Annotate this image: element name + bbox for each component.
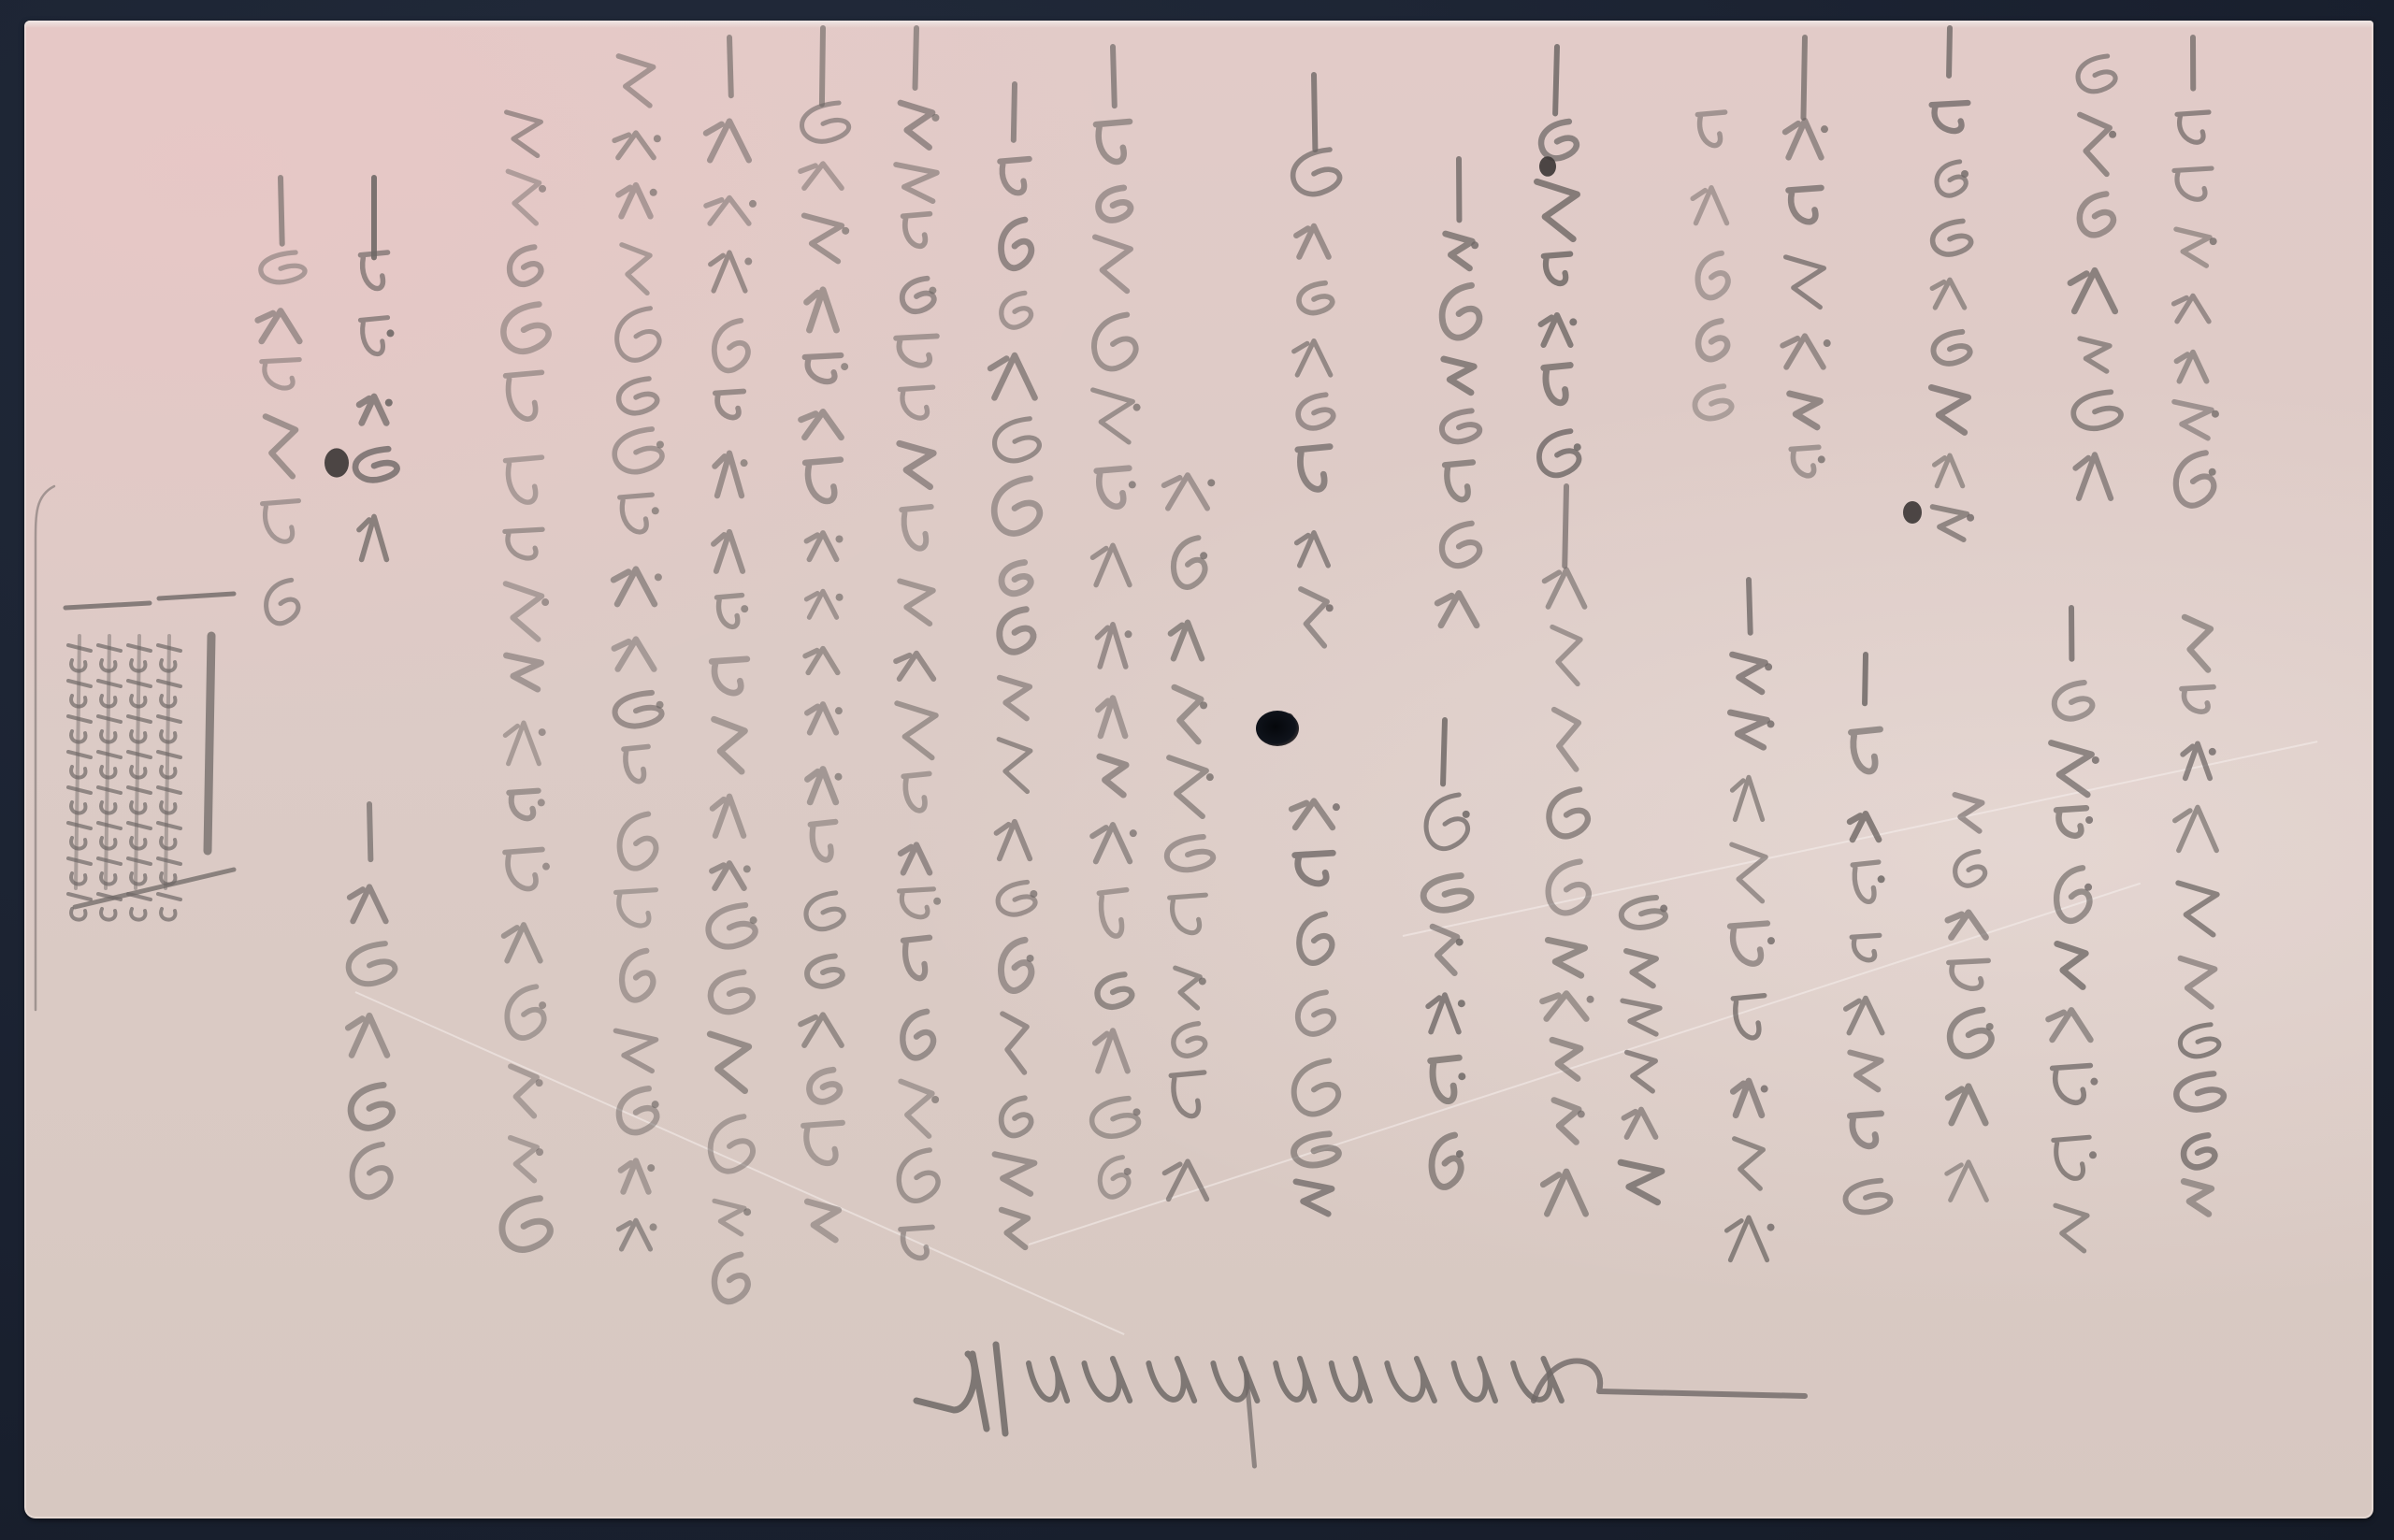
handwritten-glyph xyxy=(1695,386,1731,418)
handwritten-glyph xyxy=(1171,1072,1204,1116)
ink-dot xyxy=(656,440,664,448)
handwritten-glyph xyxy=(1852,935,1880,959)
ink-dot xyxy=(2089,1151,2097,1159)
ink-dot xyxy=(1761,1086,1768,1093)
ink-dot xyxy=(841,363,848,370)
handwritten-glyph xyxy=(1002,1014,1027,1072)
handwritten-glyph xyxy=(807,290,837,330)
ink-dot xyxy=(1587,996,1594,1003)
handwritten-glyph xyxy=(618,1220,650,1249)
dash-stroke xyxy=(1803,37,1805,118)
handwritten-glyph xyxy=(618,185,650,216)
handwritten-glyph xyxy=(355,449,397,480)
handwritten-glyph xyxy=(2177,112,2209,142)
box-top-bar xyxy=(65,594,234,608)
ink-dot xyxy=(538,799,545,806)
handwritten-glyph xyxy=(995,419,1040,461)
dash-stroke xyxy=(1314,75,1315,150)
ink-dot xyxy=(1129,481,1136,488)
handwritten-glyph xyxy=(901,507,930,549)
handwritten-glyph xyxy=(807,533,837,559)
handwritten-glyph xyxy=(1002,563,1031,594)
handwritten-glyph xyxy=(998,882,1035,914)
ink-dot xyxy=(541,598,549,606)
handwritten-glyph xyxy=(1175,687,1201,741)
handwritten-glyph xyxy=(715,391,743,417)
handwritten-glyph xyxy=(1097,468,1130,507)
handwritten-glyph xyxy=(1735,1139,1764,1188)
handwritten-glyph xyxy=(1174,538,1205,587)
handwritten-glyph xyxy=(506,457,542,502)
handwritten-glyph xyxy=(896,654,933,679)
handwritten-glyph xyxy=(901,1081,932,1136)
handwritten-glyph xyxy=(2080,338,2110,371)
handwritten-glyph xyxy=(622,951,653,1000)
handwritten-glyph xyxy=(899,1150,938,1201)
signature-glyph xyxy=(1387,1359,1435,1401)
handwritten-glyph xyxy=(1552,627,1580,684)
dash-stroke xyxy=(1565,486,1566,566)
signature-glyph xyxy=(1332,1359,1370,1401)
ink-dot xyxy=(652,1101,659,1108)
ink-dot xyxy=(1458,1000,1465,1007)
handwritten-glyph xyxy=(353,1144,391,1197)
handwritten-glyph xyxy=(360,318,387,354)
handwritten-glyph xyxy=(1950,1010,1991,1056)
handwritten-glyph xyxy=(349,943,396,984)
handwritten-glyph xyxy=(1693,188,1726,223)
handwritten-glyph xyxy=(1732,655,1765,692)
handwritten-glyph xyxy=(502,1199,550,1250)
handwritten-glyph xyxy=(622,245,650,294)
ink-dot xyxy=(741,459,748,467)
handwritten-glyph xyxy=(2073,392,2121,428)
handwritten-glyph xyxy=(617,309,659,361)
ink-dot xyxy=(834,773,842,781)
handwritten-glyph xyxy=(713,797,743,836)
handwritten-glyph xyxy=(506,583,542,639)
handwritten-glyph xyxy=(506,372,542,419)
handwritten-glyph xyxy=(714,1255,748,1302)
handwritten-glyph xyxy=(2056,808,2086,835)
handwritten-glyph xyxy=(1949,960,1988,988)
handwritten-glyph xyxy=(1730,923,1767,963)
signature-glyph xyxy=(1084,1359,1130,1401)
handwritten-glyph xyxy=(505,529,542,558)
handwritten-glyph xyxy=(509,791,538,819)
handwritten-glyph xyxy=(1730,712,1767,747)
handwritten-glyph xyxy=(620,814,656,869)
ink-dot xyxy=(1463,811,1470,818)
punched-hole xyxy=(1256,711,1299,746)
ink-dot xyxy=(655,573,662,581)
ink-dot xyxy=(836,594,844,601)
ink-dot xyxy=(835,536,843,543)
handwritten-glyph xyxy=(706,122,749,161)
handwritten-glyph xyxy=(1097,625,1125,667)
handwritten-glyph xyxy=(900,443,933,486)
handwritten-glyph xyxy=(1171,623,1202,659)
handwritten-glyph xyxy=(267,580,298,623)
ink-dot xyxy=(1124,1168,1132,1175)
handwritten-glyph xyxy=(900,889,934,917)
handwritten-glyph xyxy=(1933,507,1968,540)
dash-stroke xyxy=(369,804,370,859)
handwritten-glyph xyxy=(1549,862,1589,914)
box-text-glyph xyxy=(68,858,91,885)
handwritten-glyph xyxy=(1002,1098,1031,1135)
ink-dot xyxy=(650,1223,657,1231)
handwritten-glyph xyxy=(614,429,662,472)
handwritten-glyph xyxy=(1790,394,1821,427)
dash-stroke xyxy=(1865,655,1866,703)
handwritten-glyph xyxy=(1428,995,1459,1031)
handwritten-glyph xyxy=(620,495,653,532)
ink-dot xyxy=(1458,1072,1465,1080)
handwritten-glyph xyxy=(712,863,743,888)
handwritten-glyph xyxy=(716,596,742,627)
ink-dot xyxy=(1967,514,1974,522)
handwritten-glyph xyxy=(1298,395,1334,428)
handwritten-glyph xyxy=(800,164,842,188)
handwritten-glyph xyxy=(1545,569,1585,607)
handwritten-glyph xyxy=(1548,940,1584,975)
handwritten-glyph xyxy=(714,719,745,771)
handwritten-glyph xyxy=(1442,524,1479,566)
handwritten-glyph xyxy=(808,770,836,802)
handwritten-glyph xyxy=(712,659,747,693)
box-text-glyph xyxy=(128,752,151,778)
handwritten-glyph xyxy=(2184,1135,2214,1167)
handwritten-glyph xyxy=(1933,221,1971,254)
handwritten-glyph xyxy=(807,704,836,732)
handwritten-glyph xyxy=(807,957,843,986)
handwritten-glyph xyxy=(1431,1058,1460,1101)
handwritten-glyph xyxy=(2182,687,2214,712)
ink-dot xyxy=(929,287,936,295)
handwritten-glyph xyxy=(1948,913,1986,937)
handwritten-glyph xyxy=(1552,1040,1580,1078)
handwritten-glyph xyxy=(1000,610,1033,652)
handwritten-glyph xyxy=(1554,1101,1579,1143)
handwritten-glyph xyxy=(807,1202,838,1240)
ink-dot xyxy=(1818,455,1825,463)
handwritten-glyph xyxy=(1294,341,1331,375)
handwritten-glyph xyxy=(2176,453,2214,505)
handwritten-glyph xyxy=(902,1012,933,1058)
handwritten-glyph xyxy=(2078,56,2115,92)
ink-dot xyxy=(1456,939,1464,946)
handwritten-glyph xyxy=(1789,188,1822,222)
handwritten-glyph xyxy=(2055,683,2093,719)
ink-dot xyxy=(1027,955,1034,962)
handwritten-glyph xyxy=(1167,837,1213,870)
box-text-glyph xyxy=(128,787,151,813)
ink-dot xyxy=(1133,404,1141,411)
handwritten-glyph xyxy=(1786,257,1824,308)
handwritten-glyph xyxy=(507,112,541,155)
box-right-bar xyxy=(208,636,211,851)
handwritten-glyph xyxy=(997,822,1031,859)
handwritten-glyph xyxy=(2176,1073,2224,1109)
ink-dot xyxy=(2092,756,2099,764)
handwritten-glyph xyxy=(1294,1060,1338,1114)
handwritten-glyph xyxy=(1299,914,1332,963)
handwritten-glyph xyxy=(1932,280,1964,308)
handwritten-glyph xyxy=(1785,121,1821,157)
handwritten-glyph xyxy=(903,773,930,810)
box-text-glyph xyxy=(98,787,121,813)
ink-dot xyxy=(1200,552,1207,559)
ink-dot xyxy=(1878,875,1885,883)
ink-dot xyxy=(1660,905,1667,913)
handwritten-glyph xyxy=(1098,698,1125,737)
handwritten-glyph xyxy=(709,905,756,946)
handwritten-glyph xyxy=(511,1066,537,1115)
handwritten-glyph xyxy=(900,387,932,418)
ink-dot xyxy=(539,728,546,736)
handwritten-glyph xyxy=(615,890,656,926)
handwritten-glyph xyxy=(2184,1182,2211,1215)
handwritten-glyph xyxy=(994,479,1040,534)
ink-blot xyxy=(1903,501,1922,524)
ink-dot xyxy=(743,1208,751,1216)
handwritten-glyph xyxy=(263,501,299,542)
handwritten-glyph xyxy=(710,1034,748,1091)
handwritten-glyph xyxy=(1299,283,1333,313)
ink-dot xyxy=(1207,479,1215,486)
dash-stroke xyxy=(729,37,731,95)
ink-dot xyxy=(539,185,546,193)
handwritten-glyph xyxy=(359,516,386,559)
handwritten-glyph xyxy=(1627,1052,1655,1090)
box-text-glyph xyxy=(158,787,180,813)
dash-stroke xyxy=(1014,84,1015,140)
handwritten-glyph xyxy=(2056,868,2089,921)
handwritten-glyph xyxy=(900,581,933,624)
handwritten-glyph xyxy=(1621,1162,1662,1202)
ink-dot xyxy=(654,135,661,142)
handwritten-glyph xyxy=(1099,188,1131,221)
handwritten-glyph xyxy=(1093,390,1133,442)
handwritten-glyph xyxy=(1296,1182,1332,1214)
handwritten-glyph xyxy=(999,740,1031,792)
handwritten-glyph xyxy=(261,252,305,282)
handwritten-glyph xyxy=(902,279,934,311)
handwritten-glyph xyxy=(258,311,299,341)
handwritten-glyph xyxy=(1437,594,1477,626)
handwritten-glyph xyxy=(1954,795,1982,831)
handwritten-glyph xyxy=(1845,1181,1890,1213)
handwritten-glyph xyxy=(1297,533,1329,566)
handwritten-glyph xyxy=(1099,890,1126,937)
handwriting-layer xyxy=(24,21,2373,1518)
ink-dot xyxy=(536,1079,543,1087)
handwritten-glyph xyxy=(1542,994,1586,1019)
handwritten-glyph xyxy=(2080,194,2113,235)
handwritten-glyph xyxy=(505,723,539,764)
box-text-glyph xyxy=(158,894,180,920)
handwritten-glyph xyxy=(1697,253,1727,298)
ink-dot xyxy=(1767,720,1775,727)
handwritten-glyph xyxy=(511,1138,537,1181)
ink-dot xyxy=(2085,816,2093,824)
ink-dot xyxy=(386,329,394,337)
handwritten-glyph xyxy=(1698,321,1727,359)
ink-dot xyxy=(933,898,941,905)
handwritten-glyph xyxy=(1850,813,1879,840)
handwritten-glyph xyxy=(1095,237,1131,292)
handwritten-glyph xyxy=(1955,852,1985,885)
handwritten-glyph xyxy=(1100,756,1126,795)
handwritten-glyph xyxy=(348,1015,387,1055)
handwritten-glyph xyxy=(1543,1172,1585,1214)
handwritten-glyph xyxy=(1002,1210,1028,1247)
ink-dot xyxy=(2109,131,2116,138)
ink-dot xyxy=(1456,1150,1464,1158)
box-text-glyph xyxy=(158,752,180,778)
ink-dot xyxy=(647,1164,655,1172)
handwritten-glyph xyxy=(1626,951,1656,986)
ink-dot xyxy=(536,1148,543,1156)
ink-dot xyxy=(1986,1023,1994,1030)
box-text-glyph xyxy=(68,787,91,813)
dash-stroke xyxy=(1113,47,1115,106)
handwritten-glyph xyxy=(1622,898,1666,928)
handwritten-glyph xyxy=(714,532,743,571)
handwritten-glyph xyxy=(1622,1000,1660,1034)
ink-dot xyxy=(652,507,659,514)
handwritten-glyph xyxy=(1100,1158,1129,1197)
ink-dot xyxy=(2090,1078,2098,1086)
handwritten-glyph xyxy=(359,396,386,423)
handwritten-glyph xyxy=(901,103,932,148)
handwritten-glyph xyxy=(2051,743,2091,795)
ink-dot xyxy=(743,865,751,872)
handwritten-glyph xyxy=(619,379,657,413)
signature-flourish xyxy=(1534,1361,1805,1402)
handwritten-glyph xyxy=(1097,974,1132,1007)
ink-dot xyxy=(750,916,757,924)
ink-dot xyxy=(1326,604,1334,612)
handwritten-glyph xyxy=(508,171,539,223)
dash-stroke xyxy=(1949,28,1950,76)
handwritten-glyph xyxy=(714,1201,744,1234)
box-text-glyph xyxy=(158,858,180,885)
handwritten-glyph xyxy=(1092,825,1130,861)
signature-glyph xyxy=(1148,1359,1194,1401)
ink-dot xyxy=(1030,890,1037,898)
handwritten-glyph xyxy=(901,1227,932,1258)
signature-glyph xyxy=(1454,1359,1495,1401)
handwritten-glyph xyxy=(1301,589,1327,646)
handwritten-glyph xyxy=(1697,112,1724,146)
handwritten-glyph xyxy=(615,1030,656,1071)
handwritten-glyph xyxy=(1170,895,1206,932)
ink-dot xyxy=(385,399,393,407)
ink-dot xyxy=(1767,1224,1775,1231)
handwritten-glyph xyxy=(618,56,653,106)
handwritten-glyph xyxy=(2070,270,2115,311)
signature-glyph xyxy=(1029,1359,1067,1401)
handwritten-glyph xyxy=(1541,315,1571,345)
handwritten-glyph xyxy=(2174,402,2212,439)
ink-dot xyxy=(1200,701,1207,709)
handwritten-glyph xyxy=(1947,1162,1987,1201)
handwritten-glyph xyxy=(351,1085,392,1128)
ink-blot xyxy=(324,448,349,477)
handwritten-glyph xyxy=(801,411,842,437)
box-text-glyph xyxy=(128,858,151,885)
handwritten-glyph xyxy=(1096,122,1130,162)
handwritten-glyph xyxy=(1446,234,1473,268)
handwritten-glyph xyxy=(1541,122,1577,158)
handwritten-glyph xyxy=(1432,1135,1461,1187)
handwritten-glyph xyxy=(1846,999,1882,1033)
handwritten-glyph xyxy=(2178,883,2217,934)
signature-stroke xyxy=(916,1345,1005,1433)
handwritten-glyph xyxy=(800,1015,842,1045)
handwritten-glyph xyxy=(2174,168,2212,199)
ink-dot xyxy=(1578,1111,1585,1118)
handwritten-glyph xyxy=(2174,295,2209,321)
handwritten-glyph xyxy=(995,1154,1034,1193)
handwritten-glyph xyxy=(1733,996,1765,1038)
ink-dot xyxy=(741,605,748,612)
ink-dot xyxy=(1821,125,1828,133)
handwritten-glyph xyxy=(1294,1134,1339,1165)
handwritten-glyph xyxy=(1850,1053,1881,1090)
handwritten-glyph xyxy=(1933,332,1969,364)
handwritten-glyph xyxy=(896,165,937,201)
handwritten-glyph xyxy=(510,247,541,284)
handwritten-glyph xyxy=(2053,1066,2091,1103)
handwritten-glyph xyxy=(624,746,648,781)
handwritten-glyph xyxy=(1931,387,1968,432)
handwritten-glyph xyxy=(1093,545,1130,584)
handwritten-glyph xyxy=(706,198,749,223)
handwritten-glyph xyxy=(1549,789,1587,836)
handwritten-glyph xyxy=(1291,801,1333,828)
handwritten-glyph xyxy=(1169,757,1206,816)
handwritten-glyph xyxy=(804,216,842,262)
dash-stroke xyxy=(1749,580,1751,633)
handwritten-glyph xyxy=(711,252,745,291)
handwritten-glyph xyxy=(896,336,937,365)
handwritten-glyph xyxy=(2183,743,2210,778)
signature-glyph xyxy=(1276,1359,1314,1401)
handwritten-glyph xyxy=(805,460,841,501)
handwritten-glyph xyxy=(615,693,662,727)
handwritten-glyph xyxy=(1444,359,1474,393)
handwritten-glyph xyxy=(1423,875,1471,910)
dash-stroke xyxy=(822,28,823,104)
handwritten-glyph xyxy=(2075,454,2111,498)
handwritten-glyph xyxy=(614,133,654,157)
ink-dot xyxy=(1824,339,1831,347)
handwritten-glyph xyxy=(805,649,838,673)
handwritten-glyph xyxy=(506,655,541,689)
handwritten-glyph xyxy=(1293,150,1340,194)
handwritten-glyph xyxy=(2185,617,2211,669)
handwritten-glyph xyxy=(901,845,930,873)
ink-dot xyxy=(1206,773,1214,781)
handwritten-glyph xyxy=(1002,220,1031,268)
handwritten-glyph xyxy=(809,1070,839,1101)
handwritten-glyph xyxy=(1000,678,1030,719)
box-text-glyph xyxy=(158,823,180,849)
ink-blot xyxy=(1539,156,1556,177)
